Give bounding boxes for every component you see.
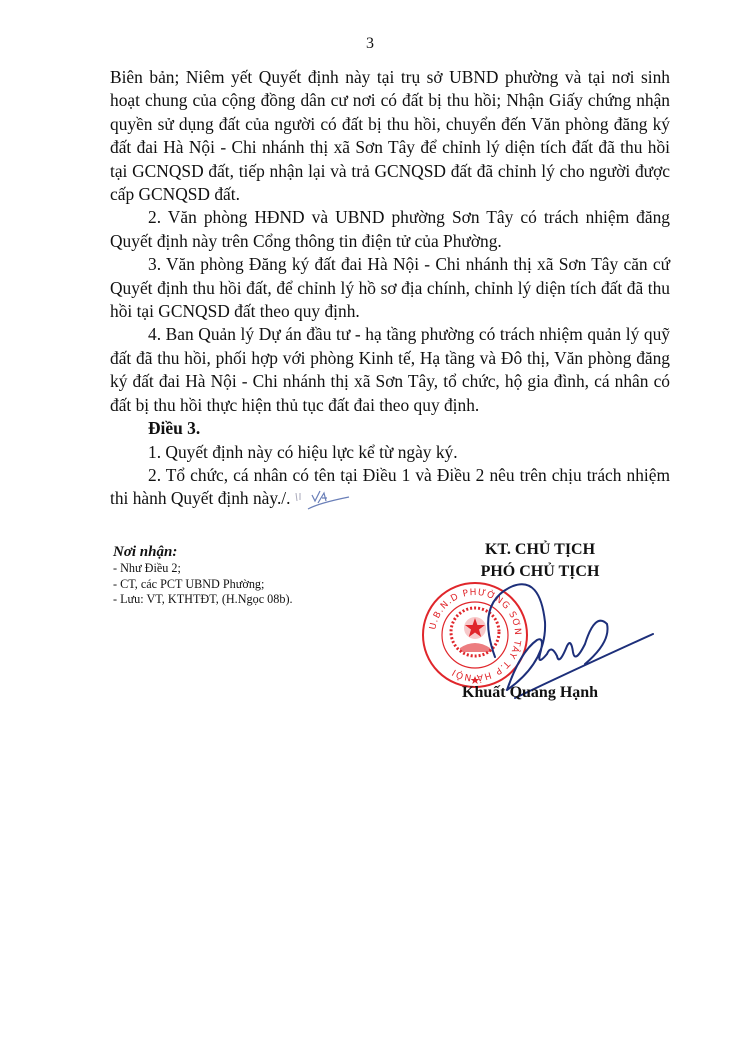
paragraph-continuation: Biên bản; Niêm yết Quyết định này tại tr… xyxy=(110,66,670,206)
document-body: Biên bản; Niêm yết Quyết định này tại tr… xyxy=(110,66,670,511)
article-3-item-2: 2. Tổ chức, cá nhân có tên tại Điều 1 và… xyxy=(110,464,670,511)
recipients-block: Nơi nhận: - Như Điều 2; - CT, các PCT UB… xyxy=(113,543,373,608)
paragraph-item-4: 4. Ban Quản lý Dự án đầu tư - hạ tầng ph… xyxy=(110,323,670,417)
recipient-item: - Như Điều 2; xyxy=(113,561,373,577)
page-number: 3 xyxy=(0,34,740,54)
paragraph-item-2: 2. Văn phòng HĐND và UBND phường Sơn Tây… xyxy=(110,206,670,253)
article-3-item-1: 1. Quyết định này có hiệu lực kể từ ngày… xyxy=(110,441,670,464)
article-3-item-2-text: 2. Tổ chức, cá nhân có tên tại Điều 1 và… xyxy=(110,465,670,508)
initials-mark-icon xyxy=(294,489,354,511)
article-3-heading: Điều 3. xyxy=(110,417,670,440)
recipient-item: - CT, các PCT UBND Phường; xyxy=(113,577,373,593)
signer-name: Khuất Quang Hạnh xyxy=(462,683,598,703)
recipient-item: - Lưu: VT, KTHTĐT, (H.Ngọc 08b). xyxy=(113,592,373,608)
signer-title-1: KT. CHỦ TỊCH xyxy=(440,539,640,561)
paragraph-item-3: 3. Văn phòng Đăng ký đất đai Hà Nội - Ch… xyxy=(110,253,670,323)
recipients-title: Nơi nhận: xyxy=(113,543,373,561)
signer-block: KT. CHỦ TỊCH PHÓ CHỦ TỊCH xyxy=(440,539,640,583)
